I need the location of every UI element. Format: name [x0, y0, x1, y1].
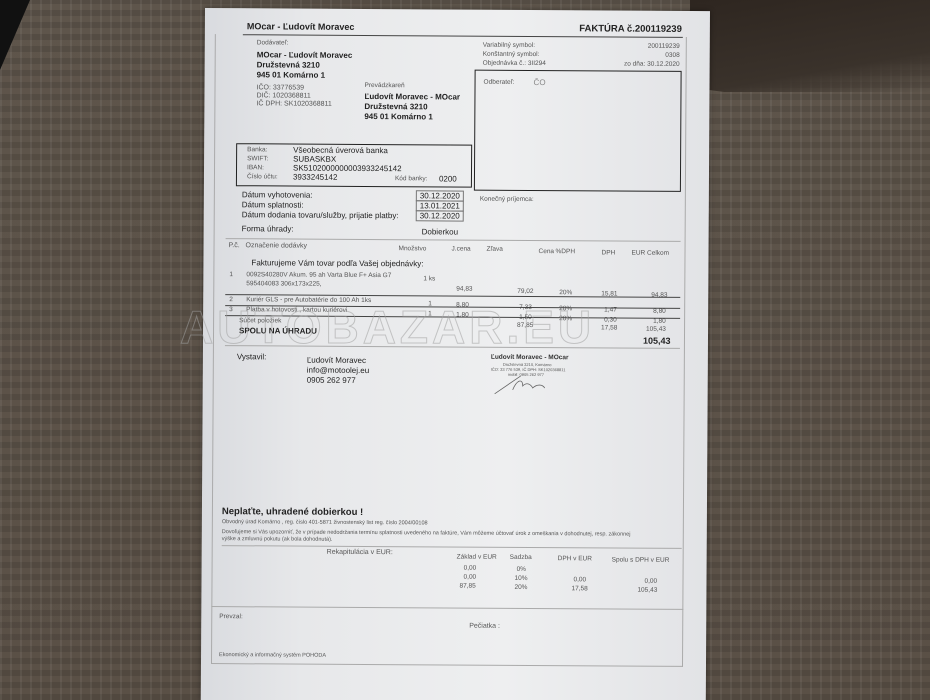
account-label: Číslo účtu:: [247, 173, 278, 180]
issued-by-phone: 0905 262 977: [307, 376, 356, 385]
bank-code-value: 0200: [439, 174, 457, 183]
recap-rate: 20%: [514, 584, 527, 591]
invoice-paper: MOcar - Ľudovít Moravec FAKTÚRA č.200119…: [201, 8, 710, 700]
col-header-unit-price: J.cena: [452, 246, 471, 253]
supplier-ic-dph: IČ DPH: SK1020368811: [256, 100, 331, 107]
variable-symbol-value: 200119239: [648, 43, 680, 50]
customer-label: Odberateľ:: [484, 79, 515, 86]
row-desc2: 595404083 306x173x225,: [246, 280, 321, 287]
late-payment-warning-cont: výške a zmluvnú pokutu (ak bola dohodnut…: [222, 536, 333, 543]
supplier-name: MOcar - Ľudovít Moravec: [257, 50, 353, 60]
col-header-price: Cena: [538, 248, 554, 255]
fabric-shadow: [690, 0, 930, 92]
operator-street: Družstevná 3210: [364, 102, 427, 111]
iban-label: IBAN:: [247, 164, 264, 171]
registry-note: Obvodný úrad Komárno , reg. číslo 401-58…: [222, 519, 428, 526]
recap-base: 0,00: [464, 565, 477, 572]
software-note: Ekonomický a informačný systém POHODA: [219, 652, 326, 659]
right-border: [682, 37, 687, 667]
col-header-total: EUR Celkom: [631, 250, 669, 257]
col-header-discount: Zľava: [487, 246, 503, 253]
invoice-title: FAKTÚRA č.200119239: [579, 23, 682, 35]
recap-total: 105,43: [637, 587, 657, 594]
order-number: Objednávka č.: 3II294: [483, 60, 546, 67]
table-top-rule: [226, 238, 681, 242]
footer-bottom-rule: [211, 663, 683, 667]
issued-date-label: Dátum vyhotovenia:: [242, 190, 313, 199]
issued-by-name: Ľudovít Moravec: [307, 356, 366, 365]
row-price: 79,02: [517, 288, 533, 295]
row-vat-rate: 20%: [559, 289, 572, 296]
notice-title: Neplaťte, uhradené dobierkou !: [222, 506, 363, 518]
issued-by-email: info@motoolej.eu: [307, 366, 369, 375]
recap-header-vat: DPH v EUR: [558, 555, 592, 562]
operator-name: Ľudovít Moravec - MOcar: [364, 92, 460, 102]
supplier-ico: IČO: 33776539: [256, 84, 304, 91]
payment-method-label: Forma úhrady:: [242, 224, 294, 233]
constant-symbol-label: Konštantný symbol:: [483, 51, 540, 58]
recap-base: 0,00: [464, 574, 477, 581]
stamp-label: Pečiatka :: [469, 623, 500, 630]
table-intro: Fakturujeme Vám tovar podľa Vašej objedn…: [251, 258, 423, 268]
issuer-title: MOcar - Ľudovít Moravec: [247, 21, 355, 32]
signature-icon: [493, 372, 563, 396]
account-value: 3933245142: [293, 173, 338, 182]
recap-header-rate: Sadzba: [510, 554, 532, 561]
col-header-qty: Množstvo: [399, 245, 427, 252]
col-header-vat: DPH: [601, 249, 615, 256]
row-desc: 0092S40280V Akum. 95 ah Varta Blue F+ As…: [246, 271, 391, 279]
delivery-date-label: Dátum dodania tovaru/služby, prijatie pl…: [242, 210, 399, 220]
col-header-no: P.č.: [229, 242, 240, 249]
due-date-label: Dátum splatnosti:: [242, 200, 304, 209]
swift-label: SWIFT:: [247, 155, 268, 162]
sum-total: 105,43: [646, 326, 666, 333]
watermark: AUTOBAZAR.EU: [180, 300, 595, 354]
constant-symbol-value: 0308: [665, 52, 680, 59]
supplier-street: Družstevná 3210: [257, 60, 320, 69]
recap-rate: 10%: [515, 575, 528, 582]
customer-value: ČO: [534, 78, 546, 87]
operator-city: 945 01 Komárno 1: [364, 112, 433, 121]
payment-method-value: Dobierkou: [422, 227, 459, 236]
bank-code-label: Kód banky:: [395, 175, 428, 182]
col-header-vat-rate: %DPH: [555, 248, 575, 255]
row-qty: 1 ks: [423, 275, 435, 282]
supplier-label: Dodávateľ:: [257, 39, 289, 46]
row-no: 1: [229, 271, 233, 278]
recap-rate: 0%: [517, 566, 526, 573]
recap-top-rule: [222, 545, 682, 549]
bank-box: Banka: Všeobecná úverová banka SWIFT: SU…: [236, 143, 472, 187]
recap-header-total: Spolu s DPH v EUR: [612, 556, 670, 563]
sum-vat: 17,58: [601, 324, 617, 331]
order-date: zo dňa: 30.12.2020: [624, 61, 680, 68]
recap-vat: 0,00: [573, 576, 586, 583]
supplier-city: 945 01 Komárno 1: [257, 70, 326, 79]
variable-symbol-label: Variabilný symbol:: [483, 42, 535, 49]
recap-header-base: Základ v EUR: [457, 554, 497, 561]
recap-base: 87,85: [459, 583, 475, 590]
col-header-desc: Označenie dodávky: [246, 242, 308, 249]
final-recipient-label: Konečný príjemca:: [480, 196, 534, 203]
supplier-dic: DIČ: 1020368811: [256, 92, 310, 99]
stamp-name: Ľudovít Moravec - MOcar: [491, 354, 569, 361]
recap-total: 0,00: [644, 578, 657, 585]
header-rule: [243, 34, 683, 38]
footer-rule: [211, 606, 683, 610]
recap-label: Rekapitulácia v EUR:: [327, 549, 393, 556]
bank-label: Banka:: [247, 146, 267, 153]
delivery-date-value: 30.12.2020: [416, 210, 464, 221]
swift-value: SUBASKBX: [293, 155, 336, 164]
pay-total-value: 105,43: [643, 336, 671, 346]
recap-vat: 17,58: [571, 585, 587, 592]
customer-box: Odberateľ: ČO: [474, 70, 682, 192]
operator-label: Prevádzkareň: [365, 82, 405, 89]
row-unit-price: 94,83: [456, 286, 472, 293]
received-by-label: Prevzal:: [219, 613, 243, 620]
